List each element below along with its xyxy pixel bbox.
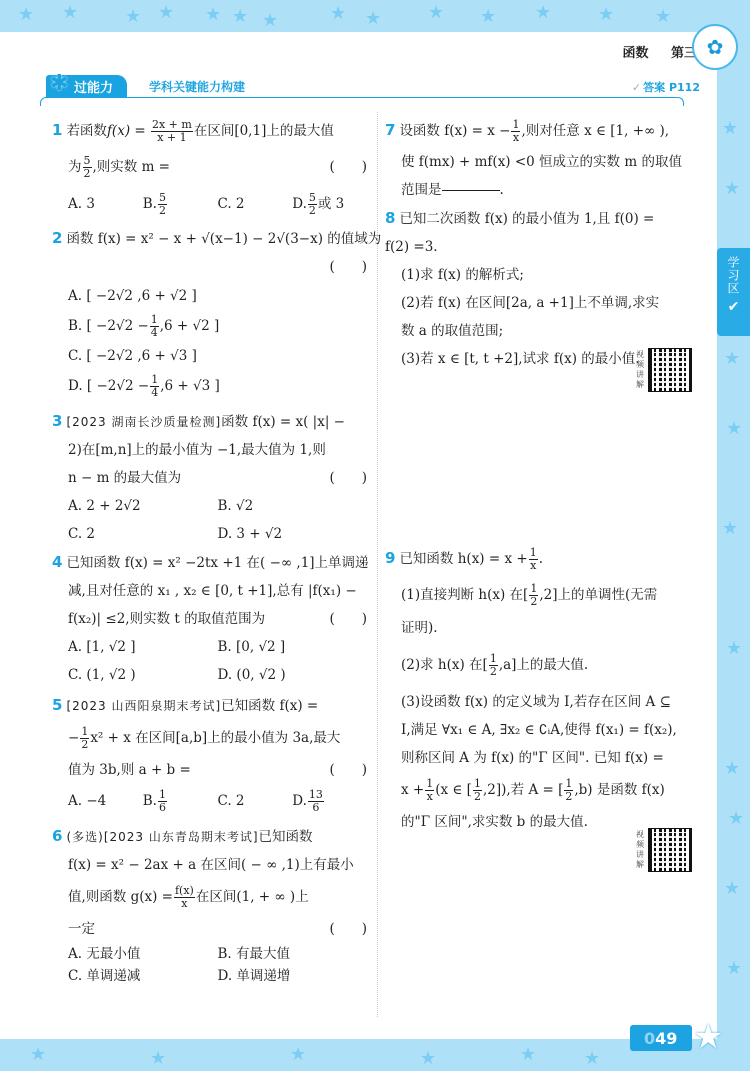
denominator: x (174, 898, 195, 910)
option-b[interactable]: B. 有最大值 (218, 943, 368, 965)
right-column: 7设函数 f(x) = x −1x,则对任意 x ∈ [1, +∞ ), 使 f… (385, 112, 700, 373)
section-banner: ✱ 过能力 学科关键能力构建 (46, 75, 245, 97)
option-b[interactable]: B.52 (143, 190, 218, 218)
star-icon: ★ (655, 8, 671, 26)
qr-label: 视频讲解 (636, 350, 645, 390)
star-icon: ★ (724, 180, 740, 198)
banner-badge-label: 过能力 (74, 81, 113, 96)
star-icon: ★ (480, 8, 496, 26)
numerator: 1 (529, 583, 538, 596)
option-d[interactable]: D. [ −2√2 −14,6 + √3 ] (68, 371, 367, 401)
option-d[interactable]: D. 单调递增 (218, 965, 368, 987)
option-b[interactable]: B. [ −2√2 −14,6 + √2 ] (68, 311, 367, 341)
check-icon: ✓ (632, 81, 641, 94)
question-text: (2)求 h(x) 在[ (401, 651, 488, 679)
question-text: x² + x 在区间[a,b]上的最小值为 3a,最大 (90, 730, 340, 746)
question-text: 为 (68, 159, 82, 175)
fraction: 52 (158, 192, 167, 217)
question-text: 值为 3b,则 a + b = (68, 756, 191, 784)
question-text: ,则实数 m = (93, 159, 171, 175)
numerator: 2x + m (151, 119, 193, 132)
option-c[interactable]: C. 2 (218, 190, 293, 218)
study-zone-tab[interactable]: 学习区 ✔ (717, 248, 750, 336)
question-source: [2023 山东青岛期末考试] (104, 830, 259, 844)
question-source: [2023 山西阳泉期末考试] (66, 699, 221, 713)
sub-question-3-line4: x +1x(x ∈ [12,2]),若 A = [12,b) 是函数 f(x) (385, 772, 700, 808)
question-source: [2023 湖南长沙质量检测] (66, 415, 221, 429)
denominator: 2 (158, 205, 167, 217)
question-text: 使 f(mx) + mf(x) <0 恒成立的实数 m 的取值 (401, 148, 682, 176)
fraction: 12 (564, 778, 573, 803)
question-text: 值,则函数 g(x) = (68, 889, 173, 905)
sub-question-3: (3)设函数 f(x) 的定义域为 I,若存在区间 A ⊆ (385, 688, 700, 716)
video-qr-code[interactable]: 视频讲解 (636, 828, 692, 872)
question-text: . (539, 551, 543, 567)
star-icon: ★ (428, 4, 444, 22)
star-icon: ★ (365, 10, 381, 28)
star-icon: ★ (724, 760, 740, 778)
question-text: ,2]上的单调性(无需 (539, 581, 657, 609)
option-a[interactable]: A. −4 (68, 787, 143, 815)
fraction: 2x + mx + 1 (151, 119, 193, 144)
question-text: 2)在[m,n]上的最小值为 −1,最大值为 1,则 (68, 436, 326, 464)
question-text: 范围是 (401, 176, 442, 204)
banner-badge: ✱ 过能力 (46, 75, 127, 98)
option-label: B. (143, 196, 157, 212)
answer-blank[interactable]: ( ) (329, 253, 367, 281)
numerator: 1 (473, 778, 482, 791)
question-number: 4 (52, 553, 62, 571)
mascot-icon: ✿ (692, 24, 738, 70)
option-label: B. (143, 793, 157, 809)
star-icon: ★ (724, 880, 740, 898)
question-text: 已知函数 f(x) = x² −2tx +1 在( −∞ ,1]上单调递 (66, 555, 368, 571)
denominator: 2 (529, 596, 538, 608)
question-text: 在区间[0,1]上的最大值 (194, 123, 334, 139)
option-b[interactable]: B. [0, √2 ] (218, 633, 368, 661)
answer-blank[interactable]: ( ) (329, 153, 367, 181)
numerator: 1 (489, 653, 498, 666)
fraction: 12 (489, 653, 498, 678)
fraction: 52 (308, 192, 317, 217)
sub-question-1-cont: 证明). (385, 614, 700, 646)
math-expression: f(x) = (107, 123, 150, 139)
fraction: 1x (529, 547, 538, 572)
fraction: 1x (511, 119, 520, 144)
fraction: 16 (158, 789, 167, 814)
star-icon: ★ (290, 1046, 306, 1064)
star-icon: ★ (722, 120, 738, 138)
sub-question-2-cont: 数 a 的取值范围; (385, 317, 700, 345)
question-text: f(2) =3. (385, 233, 700, 261)
question-4: 4已知函数 f(x) = x² −2tx +1 在( −∞ ,1]上单调递 减,… (52, 548, 367, 689)
denominator: 2 (80, 739, 89, 751)
question-text: 设函数 f(x) = x − (399, 123, 510, 139)
denominator: 2 (473, 791, 482, 803)
numerator: 1 (511, 119, 520, 132)
sub-question-1: (1)直接判断 h(x) 在[12,2]上的单调性(无需 (385, 576, 700, 614)
answer-blank[interactable]: ( ) (329, 756, 367, 784)
question-number: 6 (52, 827, 62, 845)
denominator: x + 1 (151, 132, 193, 144)
option-a[interactable]: A. 无最小值 (68, 943, 218, 965)
fill-in-blank[interactable] (442, 176, 500, 191)
question-text: 在区间(1, + ∞ )上 (196, 889, 309, 905)
option-text: ,6 + √3 ] (160, 378, 220, 394)
fraction: 1x (425, 778, 434, 803)
sub-question-2: (2)求 h(x) 在[12,a]上的最大值. (385, 646, 700, 684)
question-7: 7设函数 f(x) = x −1x,则对任意 x ∈ [1, +∞ ), 使 f… (385, 112, 700, 204)
question-number: 7 (385, 121, 395, 139)
banner-subtitle: 学科关键能力构建 (149, 78, 245, 95)
star-icon: ★ (535, 4, 551, 22)
question-text: ,2]),若 A = [ (483, 776, 563, 804)
option-b[interactable]: B. √2 (218, 492, 368, 520)
question-3: 3[2023 湖南长沙质量检测]函数 f(x) = x( |x| − 2)在[m… (52, 407, 367, 548)
denominator: 6 (308, 802, 324, 814)
star-icon: ★ (726, 640, 742, 658)
fraction: 12 (473, 778, 482, 803)
sub-question-3-line3: 则称区间 A 为 f(x) 的"Γ 区间". 已知 f(x) = (385, 744, 700, 772)
option-label: B. [ −2√2 − (68, 318, 149, 334)
question-text: n − m 的最大值为 (68, 464, 181, 492)
star-icon: ★ (330, 5, 346, 23)
option-d[interactable]: D.52或 3 (292, 190, 367, 218)
fraction: 14 (150, 374, 159, 399)
question-6: 6(多选)[2023 山东青岛期末考试]已知函数 f(x) = x² − 2ax… (52, 822, 367, 987)
numerator: 1 (564, 778, 573, 791)
question-text: ,b) 是函数 f(x) (574, 776, 664, 804)
answer-blank[interactable]: ( ) (329, 915, 367, 943)
star-icon: ★ (726, 420, 742, 438)
option-text: ,6 + √2 ] (160, 318, 220, 334)
star-icon: ★ (724, 350, 740, 368)
frame-border (40, 97, 684, 106)
star-icon: ★ (420, 1050, 436, 1068)
star-mascot-icon: ★ (693, 1017, 723, 1057)
answer-reference[interactable]: ✓答案 P112 (632, 79, 700, 95)
question-text: 函数 f(x) = x² − x + √(x−1) − 2√(3−x) 的值域为 (66, 231, 381, 247)
question-text: 已知函数 h(x) = x + (399, 551, 527, 567)
page-number: 049 (630, 1025, 692, 1051)
option-label: D. [ −2√2 − (68, 378, 149, 394)
numerator: 1 (529, 547, 538, 560)
question-text: 减,且对任意的 x₁ , x₂ ∈ [0, t +1],总有 |f(x₁) − (68, 577, 357, 605)
fraction: 12 (80, 726, 89, 751)
option-d[interactable]: D.136 (292, 787, 367, 815)
qr-code-icon (648, 828, 692, 872)
question-1: 1若函数f(x) = 2x + mx + 1在区间[0,1]上的最大值 为52,… (52, 112, 367, 222)
answer-reference-label: 答案 P112 (643, 81, 700, 94)
question-number: 9 (385, 549, 395, 567)
denominator: x (529, 560, 538, 572)
question-text: 已知函数 (259, 829, 313, 845)
denominator: 4 (150, 327, 159, 339)
option-b[interactable]: B.16 (143, 787, 218, 815)
option-a[interactable]: A. [ −2√2 ,6 + √2 ] (68, 281, 367, 311)
question-number: 5 (52, 696, 62, 714)
left-column: 1若函数f(x) = 2x + mx + 1在区间[0,1]上的最大值 为52,… (52, 112, 367, 987)
fraction: 12 (529, 583, 538, 608)
option-c[interactable]: C. 2 (218, 787, 293, 815)
question-text: 函数 f(x) = x( |x| − (221, 414, 345, 430)
question-text: 一定 (68, 915, 95, 943)
question-2: 2函数 f(x) = x² − x + √(x−1) − 2√(3−x) 的值域… (52, 224, 367, 401)
question-text: f(x) = x² − 2ax + a 在区间( − ∞ ,1)上有最小 (68, 851, 354, 879)
star-mascot-icon: ✱ (50, 71, 68, 96)
star-icon: ★ (584, 1050, 600, 1068)
star-icon: ★ (158, 4, 174, 22)
question-tag: (多选) (66, 830, 103, 844)
star-icon: ★ (205, 6, 221, 24)
denominator: x (511, 132, 520, 144)
fraction: f(x)x (174, 885, 195, 910)
qr-label: 视频讲解 (636, 830, 645, 870)
star-icon: ★ (30, 1046, 46, 1064)
video-qr-code[interactable]: 视频讲解 (636, 348, 692, 392)
option-a[interactable]: A. [1, √2 ] (68, 633, 218, 661)
question-text: − (68, 730, 79, 746)
option-c[interactable]: C. [ −2√2 ,6 + √3 ] (68, 341, 367, 371)
question-text: 若函数 (66, 123, 107, 139)
denominator: 6 (158, 802, 167, 814)
question-number: 3 (52, 412, 62, 430)
question-text: 已知二次函数 f(x) 的最小值为 1,且 f(0) = (399, 211, 654, 227)
star-icon: ★ (262, 12, 278, 30)
star-icon: ★ (125, 8, 141, 26)
question-9: 9已知函数 h(x) = x +1x. (1)直接判断 h(x) 在[12,2]… (385, 540, 700, 836)
question-text: (x ∈ [ (435, 776, 472, 804)
answer-blank[interactable]: ( ) (329, 464, 367, 492)
question-text: (1)直接判断 h(x) 在[ (401, 581, 528, 609)
sub-question-2: (2)若 f(x) 在区间[2a, a +1]上不单调,求实 (385, 289, 700, 317)
option-text: 或 3 (318, 196, 344, 212)
question-text: f(x₂)| ≤2,则实数 t 的取值范围为 (68, 605, 265, 633)
option-label: D. (292, 196, 307, 212)
star-icon: ★ (598, 6, 614, 24)
denominator: 2 (564, 791, 573, 803)
star-icon: ★ (722, 520, 738, 538)
denominator: 4 (150, 387, 159, 399)
option-c[interactable]: C. 单调递减 (68, 965, 218, 987)
page-number-value: 49 (655, 1029, 677, 1048)
numerator: 1 (425, 778, 434, 791)
star-icon: ★ (728, 810, 744, 828)
star-icon: ★ (232, 8, 248, 26)
star-icon: ★ (520, 1046, 536, 1064)
question-text: ,则对任意 x ∈ [1, +∞ ), (521, 123, 669, 139)
question-text: ,a]上的最大值. (499, 651, 588, 679)
option-label: D. (292, 793, 307, 809)
fraction: 14 (150, 314, 159, 339)
question-5: 5[2023 山西阳泉期末考试]已知函数 f(x) = −12x² + x 在区… (52, 691, 367, 818)
fraction: 136 (308, 789, 324, 814)
qr-code-icon (648, 348, 692, 392)
question-text: . (500, 176, 504, 204)
page-number-prefix: 0 (644, 1029, 655, 1048)
star-icon: ★ (18, 6, 34, 24)
question-number: 1 (52, 121, 62, 139)
option-d[interactable]: D. (0, √2 ) (218, 661, 368, 689)
denominator: 2 (489, 666, 498, 678)
question-text: 已知函数 f(x) = (221, 698, 318, 714)
question-number: 8 (385, 209, 395, 227)
denominator: x (425, 791, 434, 803)
section-title: 函数 (622, 46, 648, 61)
sub-question-1: (1)求 f(x) 的解析式; (385, 261, 700, 289)
star-icon: ★ (62, 4, 78, 22)
study-zone-label: 学习区 (725, 256, 742, 295)
star-icon: ★ (150, 1050, 166, 1068)
option-a[interactable]: A. 2 + 2√2 (68, 492, 218, 520)
option-a[interactable]: A. 3 (68, 190, 143, 218)
answer-blank[interactable]: ( ) (329, 605, 367, 633)
check-icon: ✔ (728, 299, 740, 315)
option-c[interactable]: C. (1, √2 ) (68, 661, 218, 689)
question-text: x + (401, 776, 424, 804)
option-d[interactable]: D. 3 + √2 (218, 520, 368, 548)
star-icon: ★ (726, 960, 742, 978)
fraction: 52 (83, 155, 92, 180)
sub-question-3-line2: I,满足 ∀x₁ ∈ A, ∃x₂ ∈ ∁ᵢA,使得 f(x₁) = f(x₂)… (385, 716, 700, 744)
option-c[interactable]: C. 2 (68, 520, 218, 548)
denominator: 2 (308, 205, 317, 217)
denominator: 2 (83, 168, 92, 180)
question-number: 2 (52, 229, 62, 247)
